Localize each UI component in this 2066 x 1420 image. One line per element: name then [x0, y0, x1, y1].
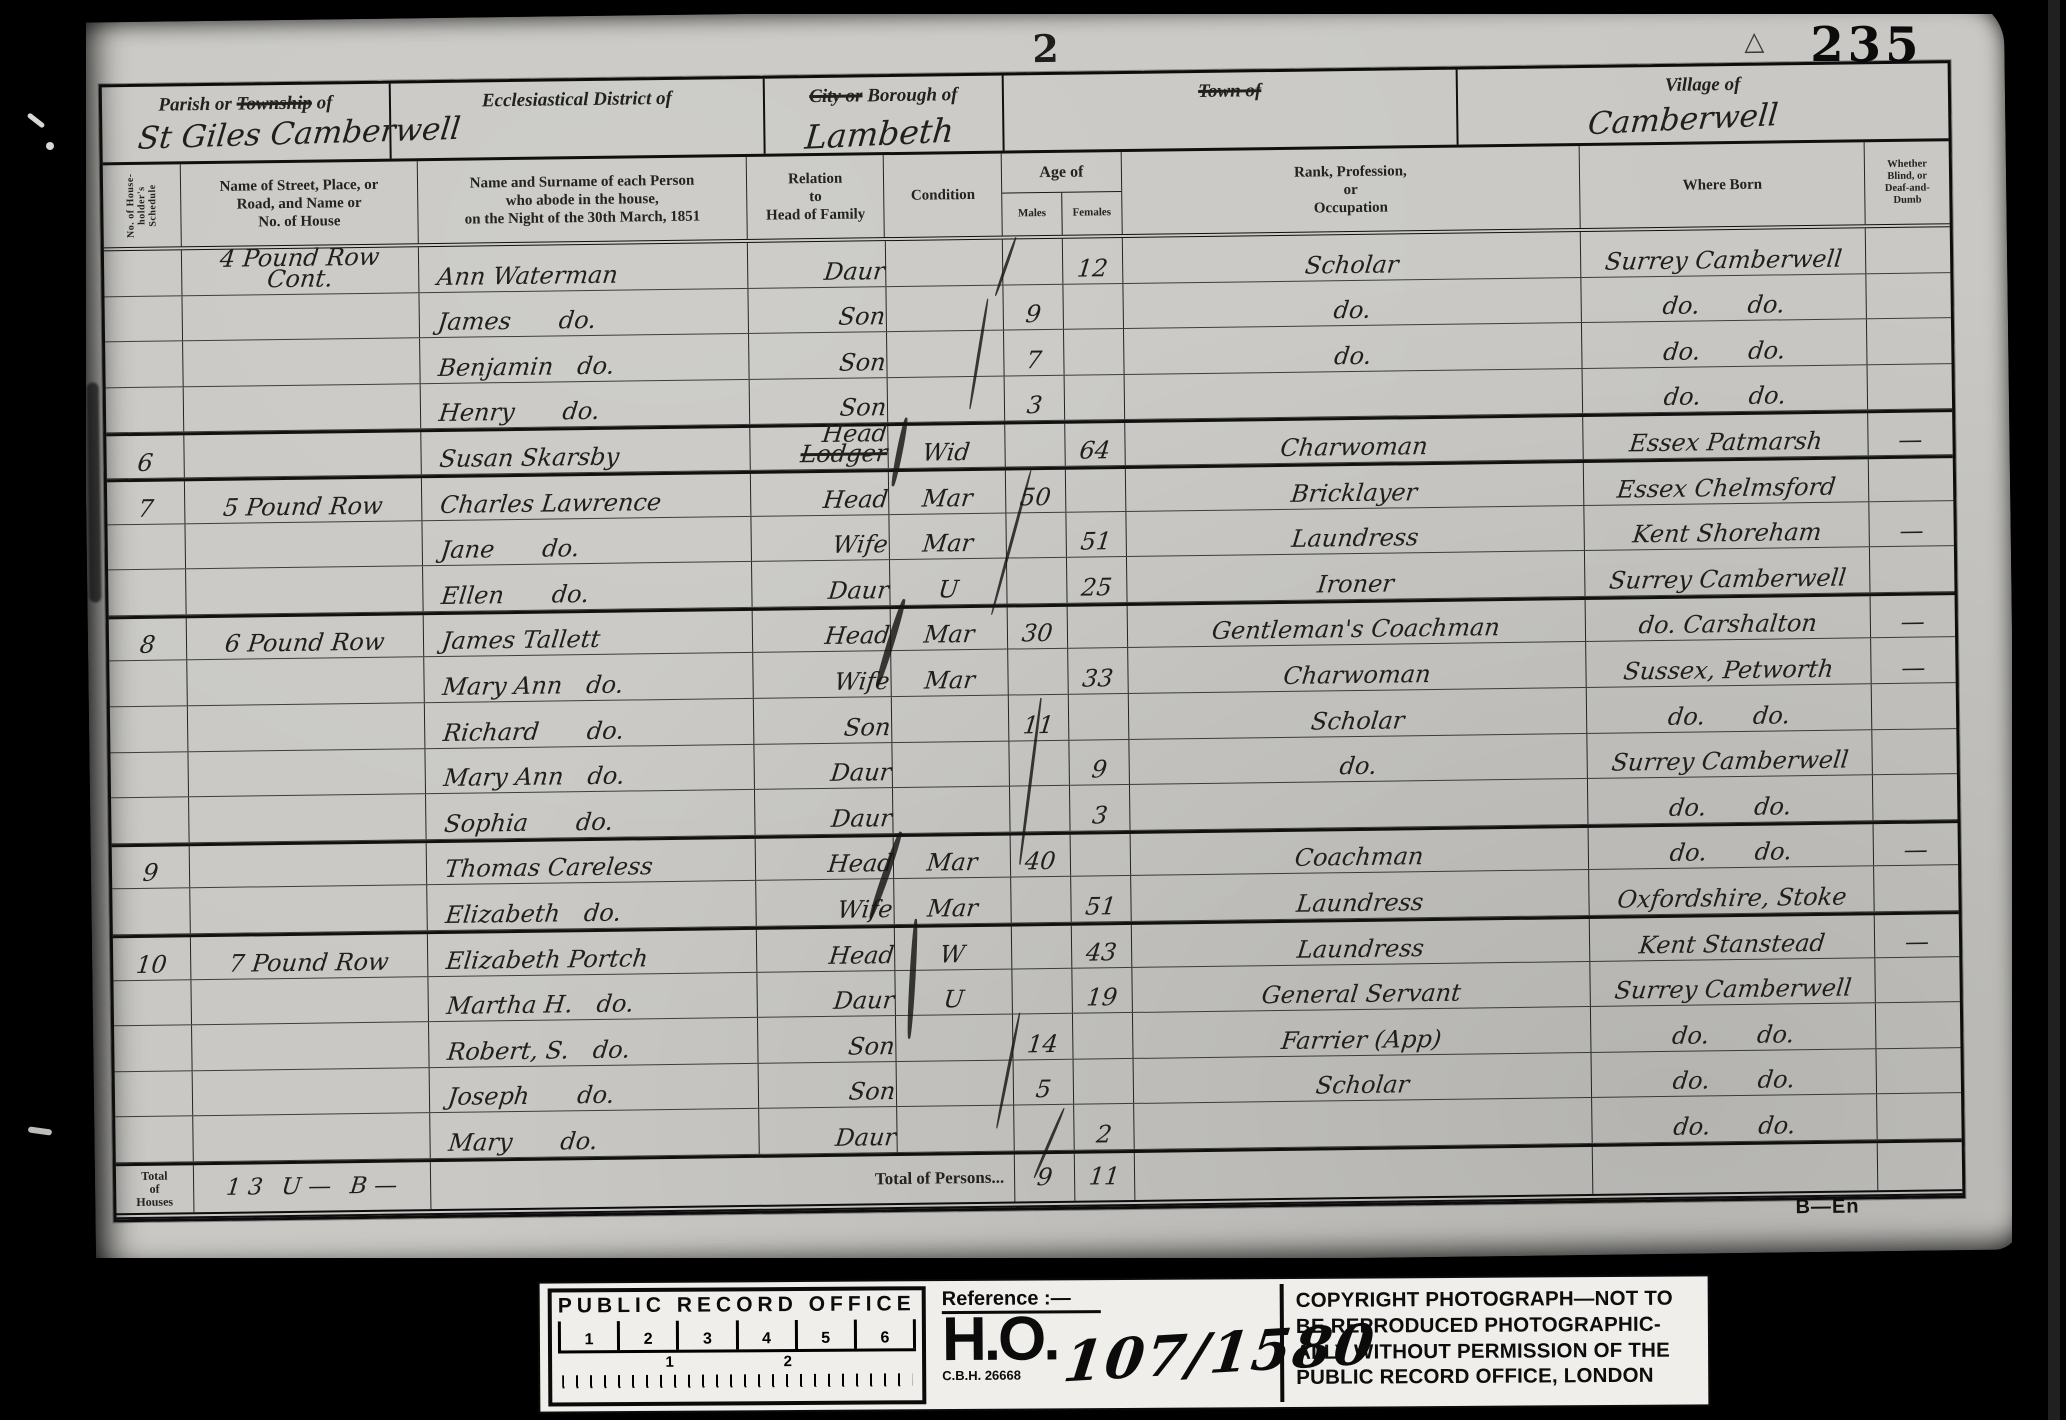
schedule-cell: [112, 889, 190, 935]
reference-value: H.O. C.B.H. 26668 107/1580: [942, 1310, 1278, 1383]
name-cell: Susan Skarsby: [421, 428, 751, 474]
relation-cell: Daur: [754, 743, 892, 789]
village-header: Village of Camberwell: [1457, 63, 1948, 144]
total-houses-label: Total of Houses: [136, 1169, 173, 1209]
occupation-cell: Scholar: [1128, 688, 1587, 739]
occupation-header-line: Rank, Profession,: [1294, 162, 1407, 182]
schedule-cell: 7: [107, 481, 185, 524]
relation-cell: Son: [754, 697, 892, 743]
binding-smudge: [87, 382, 102, 602]
street-cell: [190, 885, 428, 933]
age-female-cell: [1063, 284, 1123, 329]
relation-header-line: Head of Family: [766, 206, 865, 226]
condition-cell: [892, 787, 1010, 833]
column-header-schedule: No. of House-holder's Schedule: [103, 164, 182, 247]
age-female-cell: 12: [1063, 238, 1123, 283]
born-cell: do. Carshalton: [1586, 596, 1872, 641]
name-cell: Martha H. do.: [428, 972, 758, 1021]
relation-cell: Head: [757, 928, 895, 971]
total-females-cell: 11: [1075, 1153, 1135, 1201]
condition-cell: Mar: [889, 513, 1007, 559]
occupation-cell: [1124, 369, 1583, 420]
born-cell: do. do.: [1592, 1094, 1878, 1142]
reference-department: H.O.: [942, 1311, 1058, 1368]
total-houses-label-cell: Total of Houses: [116, 1165, 194, 1213]
age-female-cell: [1064, 329, 1124, 374]
pen-triangle-mark: △: [1744, 27, 1764, 57]
blind-cell: [1870, 546, 1954, 592]
total-males-cell: 9: [1015, 1154, 1075, 1202]
blind-cell: —: [1870, 501, 1954, 547]
schedule-cell: [110, 706, 188, 752]
born-cell: Surrey Camberwell: [1591, 958, 1877, 1006]
name-cell: Sophia do.: [426, 790, 756, 839]
occupation-cell: Coachman: [1130, 828, 1589, 876]
frame-edge-top: [0, 0, 2066, 14]
blind-header-line: Blind, or: [1887, 170, 1927, 183]
born-cell: Essex Chelmsford: [1584, 459, 1870, 504]
borough-header: City or Borough of Lambeth: [765, 76, 1005, 154]
pro-office-title: PUBLIC RECORD OFFICE: [558, 1292, 916, 1318]
age-female-cell: 9: [1069, 740, 1129, 785]
born-cell: Kent Stanstead: [1590, 915, 1876, 960]
age-male-cell: [1005, 424, 1065, 466]
condition-cell: [896, 1060, 1014, 1106]
borough-label-struck: City or: [809, 85, 863, 107]
relation-cell: Head: [751, 472, 889, 515]
name-cell: Thomas Careless: [427, 839, 757, 885]
blind-header-line: Deaf-and-: [1885, 182, 1930, 195]
relation-cell: Head Lodger: [750, 426, 888, 469]
born-cell: do. do.: [1583, 365, 1869, 413]
name-cell: Benjamin do.: [420, 334, 750, 383]
street-cell: [192, 1068, 430, 1116]
name-cell: Henry do.: [421, 380, 751, 429]
ruler-mid-numbers: 1 2: [558, 1351, 916, 1375]
born-cell: do. do.: [1582, 274, 1868, 322]
condition-cell: [885, 240, 1003, 286]
relation-cell: Head: [753, 609, 891, 652]
totals-empty-cell: [1593, 1143, 1879, 1194]
schedule-cell: [108, 569, 186, 615]
ruler-fine-ticks: [562, 1373, 912, 1388]
column-header-relation: Relation to Head of Family: [747, 155, 886, 239]
age-female-cell: [1068, 606, 1128, 648]
street-cell: [187, 658, 425, 706]
age-male-cell: 14: [1013, 1014, 1073, 1059]
born-cell: do. do.: [1588, 775, 1874, 823]
relation-header-line: Relation: [788, 169, 842, 188]
condition-cell: Mar: [893, 835, 1011, 878]
blind-cell: [1868, 364, 1952, 410]
relation-header-line: to: [809, 188, 822, 206]
born-cell: Surrey Camberwell: [1581, 228, 1867, 276]
age-male-cell: 30: [1008, 607, 1068, 649]
page-number: 2: [1032, 26, 1059, 71]
name-cell: Robert, S. do.: [429, 1018, 759, 1067]
relation-cell: Daur: [748, 241, 886, 287]
schedule-cell: [110, 752, 188, 798]
age-female-cell: 3: [1070, 785, 1130, 830]
age-male-cell: [1010, 786, 1070, 831]
condition-header-text: Condition: [911, 186, 975, 205]
schedule-cell: [104, 296, 182, 342]
age-female-cell: 2: [1074, 1104, 1134, 1149]
town-header: Town of: [1004, 70, 1458, 151]
born-cell: Sussex, Petworth: [1586, 639, 1872, 687]
ruler-inches: 1 2 3 4 5 6: [558, 1319, 916, 1353]
column-header-age: Age of Males Females: [1002, 152, 1123, 236]
blind-cell: —: [1875, 914, 1959, 957]
blind-cell: [1867, 318, 1951, 364]
name-cell: Charles Lawrence: [422, 474, 752, 520]
born-cell: Oxfordshire, Stoke: [1589, 867, 1875, 915]
street-cell: [192, 1022, 430, 1070]
borough-label: Borough of: [867, 84, 958, 106]
blind-cell: [1873, 774, 1957, 820]
schedule-cell: 9: [112, 846, 190, 889]
age-male-cell: [1014, 1105, 1074, 1150]
parish-label-struck: Township: [236, 93, 312, 115]
pro-ruler-box: PUBLIC RECORD OFFICE 1 2 3 4 5 6 1 2: [548, 1286, 927, 1406]
blind-header-line: Whether: [1887, 158, 1927, 171]
village-label: Village of: [1665, 74, 1741, 96]
blind-cell: [1874, 865, 1958, 911]
schedule-cell: [115, 1117, 193, 1163]
eccl-label: Ecclesiastical District of: [482, 88, 672, 111]
totals-empty-cell: [1134, 1147, 1593, 1200]
name-cell: Joseph do.: [430, 1064, 760, 1113]
age-female-cell: [1065, 375, 1125, 420]
age-female-cell: 19: [1072, 967, 1132, 1012]
column-header-street: Name of Street, Place, or Road, and Name…: [181, 161, 419, 246]
blind-cell: —: [1871, 637, 1955, 683]
occupation-header-line: Occupation: [1314, 199, 1388, 218]
name-cell: Mary Ann do.: [425, 744, 755, 793]
total-females-value: 11: [1088, 1164, 1121, 1188]
age-subheaders: Males Females: [1002, 192, 1121, 236]
schedule-cell: [109, 661, 187, 707]
occupation-cell: [1134, 1098, 1593, 1149]
age-female-cell: 25: [1067, 557, 1127, 602]
reference-code: C.B.H. 26668: [942, 1367, 1021, 1382]
street-cell: [189, 794, 427, 842]
table-body: 4 Pound Row Cont. Ann Waterman Daur 12 S…: [104, 227, 1962, 1163]
age-male-cell: [1007, 558, 1067, 603]
age-male-cell: [1009, 740, 1069, 785]
occupation-cell: Laundress: [1126, 506, 1585, 557]
ruler-number: 6: [857, 1319, 916, 1348]
census-page-paper: 2 235 △ B—En Parish or Township of St Gi…: [80, 0, 2020, 1275]
relation-cell: Son: [748, 287, 886, 333]
blind-cell: [1866, 227, 1950, 273]
street-cell: [184, 433, 422, 478]
age-male-cell: 5: [1014, 1059, 1074, 1104]
relation-cell: Wife: [753, 651, 891, 697]
town-label-struck: Town of: [1198, 80, 1261, 102]
schedule-cell: [114, 1025, 192, 1071]
schedule-cell: 8: [109, 618, 187, 661]
born-cell: do. do.: [1587, 684, 1873, 732]
street-header-line: No. of House: [258, 212, 340, 231]
age-female-cell: [1073, 1059, 1133, 1104]
public-record-office-stamp: PUBLIC RECORD OFFICE 1 2 3 4 5 6 1 2 Ref…: [540, 1276, 1709, 1411]
column-header-name: Name and Surname of each Person who abod…: [418, 157, 748, 243]
occupation-cell: Bricklayer: [1126, 463, 1585, 511]
ruler-number: 3: [679, 1320, 738, 1349]
born-header-text: Where Born: [1683, 175, 1763, 194]
street-cell: [189, 843, 427, 888]
name-cell: Jane do.: [422, 516, 752, 565]
relation-cell: Son: [750, 378, 888, 424]
blind-cell: [1876, 957, 1960, 1003]
relation-cell: Daur: [755, 788, 893, 834]
schedule-cell: [111, 797, 189, 843]
occupation-cell: do.: [1123, 278, 1582, 329]
born-cell: do. do.: [1582, 319, 1868, 367]
blind-cell: [1867, 273, 1951, 319]
street-cell: [185, 521, 423, 569]
occupation-cell: Gentleman's Coachman: [1127, 600, 1586, 648]
born-cell: do. do.: [1589, 824, 1875, 869]
schedule-header-text: No. of House-holder's Schedule: [125, 167, 159, 245]
age-female-cell: 43: [1072, 925, 1132, 967]
name-cell: James Tallett: [424, 611, 754, 657]
column-header-occupation: Rank, Profession, or Occupation: [1121, 146, 1581, 234]
street-header-line: Road, and Name or: [237, 194, 362, 214]
condition-cell: [895, 1015, 1013, 1061]
film-speck: [46, 142, 54, 150]
occupation-cell: do.: [1129, 734, 1588, 785]
name-header-line: on the Night of the 30th March, 1851: [465, 208, 701, 229]
ruler-number: 1: [561, 1321, 620, 1350]
schedule-cell: [104, 250, 182, 296]
street-cell: [183, 384, 421, 432]
street-cell: [182, 293, 420, 341]
name-cell: Elizabeth Portch: [428, 930, 758, 976]
age-female-cell: [1066, 469, 1126, 511]
born-cell: Kent Shoreham: [1585, 502, 1871, 550]
frame-edge-left: [0, 0, 86, 1420]
name-cell: Mary do.: [430, 1109, 760, 1158]
street-cell: [193, 1113, 431, 1161]
condition-cell: Mar: [891, 650, 1009, 696]
schedule-cell: [106, 387, 184, 433]
blind-cell: [1873, 729, 1957, 775]
column-header-born: Where Born: [1580, 142, 1866, 228]
name-cell: James do.: [419, 289, 749, 338]
scanner-edge-strip: [2048, 0, 2060, 1420]
relation-cell: Daur: [759, 1107, 897, 1153]
village-value: Camberwell: [1586, 100, 1779, 140]
condition-cell: [897, 1106, 1015, 1152]
condition-cell: U: [889, 559, 1007, 605]
houses-label-line: Houses: [136, 1195, 173, 1209]
street-cell: 5 Pound Row: [185, 478, 423, 523]
occupation-cell: [1130, 779, 1589, 830]
parish-label-suffix: of: [317, 92, 333, 113]
relation-cell: Son: [759, 1062, 897, 1108]
age-female-cell: [1069, 694, 1129, 739]
name-cell: Ellen do.: [423, 562, 753, 611]
occupation-cell: Charwoman: [1128, 642, 1587, 693]
relation-cell: Daur: [752, 560, 890, 606]
condition-cell: Mar: [888, 471, 1006, 514]
age-female-cell: [1073, 1013, 1133, 1058]
occupation-cell: Charwoman: [1125, 417, 1584, 465]
born-cell: Surrey Camberwell: [1585, 547, 1871, 595]
ruler-number: 1: [665, 1354, 673, 1371]
occupation-cell: Laundress: [1132, 919, 1591, 967]
occupation-cell: Scholar: [1133, 1053, 1592, 1104]
born-cell: Essex Patmarsh: [1583, 414, 1869, 459]
occupation-cell: do.: [1124, 323, 1583, 374]
males-subheader: Males: [1002, 193, 1062, 236]
total-persons-label-cell: Total of Persons...: [431, 1154, 1016, 1209]
age-female-cell: 51: [1071, 876, 1131, 921]
name-cell: Ann Waterman: [419, 243, 749, 292]
blind-cell: [1877, 1048, 1961, 1094]
street-cell: [188, 703, 426, 751]
age-male-cell: 50: [1006, 470, 1066, 512]
schedule-cell: [115, 1071, 193, 1117]
schedule-cell: [107, 524, 185, 570]
schedule-cell: [113, 980, 191, 1026]
blind-cell: [1869, 458, 1953, 501]
reference-number: 107/1580: [1061, 1316, 1379, 1390]
occupation-cell: Laundress: [1131, 870, 1590, 921]
relation-cell: Wife: [751, 515, 889, 561]
name-header-line: who abode in the house,: [506, 190, 659, 210]
age-header-label: Age of: [1002, 152, 1121, 194]
relation-cell: Son: [749, 332, 887, 378]
age-male-cell: [1008, 649, 1068, 694]
blind-cell: [1872, 683, 1956, 729]
column-header-condition: Condition: [884, 154, 1003, 238]
column-header-blind: Whether Blind, or Deaf-and- Dumb: [1865, 141, 1950, 224]
street-cell: 7 Pound Row: [191, 934, 429, 979]
occupation-cell: Farrier (App): [1133, 1007, 1592, 1058]
street-cell: [183, 338, 421, 386]
age-male-cell: 9: [1004, 284, 1064, 329]
street-cell: 4 Pound Row Cont.: [182, 247, 420, 295]
ruler-number: 2: [620, 1321, 679, 1350]
occupation-cell: General Servant: [1132, 961, 1591, 1012]
totals-empty-cell: [1878, 1142, 1962, 1190]
borough-value: Lambeth: [803, 114, 955, 154]
age-male-cell: [1011, 877, 1071, 922]
street-cell: 6 Pound Row: [186, 615, 424, 660]
condition-cell: [887, 376, 1005, 422]
born-cell: Surrey Camberwell: [1588, 730, 1874, 778]
name-cell: Mary Ann do.: [424, 653, 754, 702]
born-cell: do. do.: [1591, 1003, 1877, 1051]
females-subheader: Females: [1062, 192, 1121, 235]
occupation-cell: Ironer: [1127, 551, 1586, 602]
blind-header-line: Dumb: [1893, 195, 1921, 207]
total-houses-value-cell: 1 3 U — B —: [194, 1162, 432, 1212]
name-cell: Richard do.: [425, 699, 755, 748]
relation-cell: Head: [756, 837, 894, 880]
condition-cell: [892, 741, 1010, 787]
blind-cell: —: [1874, 823, 1958, 866]
blind-cell: [1876, 1002, 1960, 1048]
blind-cell: —: [1871, 595, 1955, 638]
ruler-number: 5: [798, 1320, 857, 1349]
age-female-cell: 51: [1066, 512, 1126, 557]
reference-area: Reference :— H.O. C.B.H. 26668 107/1580: [926, 1284, 1279, 1404]
schedule-cell: [105, 342, 183, 388]
condition-cell: Mar: [894, 878, 1012, 924]
age-male-cell: 3: [1005, 376, 1065, 421]
ruler-number: 2: [784, 1353, 792, 1370]
census-form: Parish or Township of St Giles Camberwel…: [99, 60, 1966, 1222]
street-cell: [191, 977, 429, 1025]
occupation-cell: Scholar: [1123, 232, 1582, 283]
street-cell: [186, 566, 424, 614]
total-persons-label: Total of Persons...: [875, 1168, 1005, 1190]
age-female-cell: [1071, 834, 1131, 876]
relation-cell: Son: [758, 1016, 896, 1062]
houses-label-line: Total: [136, 1169, 173, 1183]
age-male-cell: [1012, 968, 1072, 1013]
street-cell: [188, 749, 426, 797]
condition-cell: [891, 695, 1009, 741]
blind-cell: —: [1868, 413, 1952, 456]
blind-cell: [1877, 1093, 1961, 1139]
age-female-cell: 33: [1068, 648, 1128, 693]
street-header-line: Name of Street, Place, or: [219, 175, 378, 195]
occupation-header-line: or: [1343, 181, 1357, 199]
age-female-cell: 64: [1065, 423, 1125, 465]
copyright-line: COPYRIGHT PHOTOGRAPH—NOT TO: [1296, 1285, 1700, 1313]
schedule-cell: 6: [106, 436, 184, 479]
ruler-number: 4: [738, 1320, 797, 1349]
schedule-cell: 10: [113, 937, 191, 980]
name-cell: Elizabeth do.: [427, 881, 757, 930]
age-male-cell: [1012, 926, 1072, 968]
name-header-line: Name and Surname of each Person: [470, 171, 695, 192]
parish-header: Parish or Township of St Giles Camberwel…: [102, 84, 392, 163]
age-male-cell: 7: [1004, 330, 1064, 375]
born-cell: do. do.: [1592, 1049, 1878, 1097]
total-houses-value: 1 3 U — B —: [225, 1174, 399, 1199]
relation-cell: Daur: [757, 971, 895, 1017]
condition-cell: [887, 331, 1005, 377]
parish-label-prefix: Parish or: [158, 94, 232, 116]
